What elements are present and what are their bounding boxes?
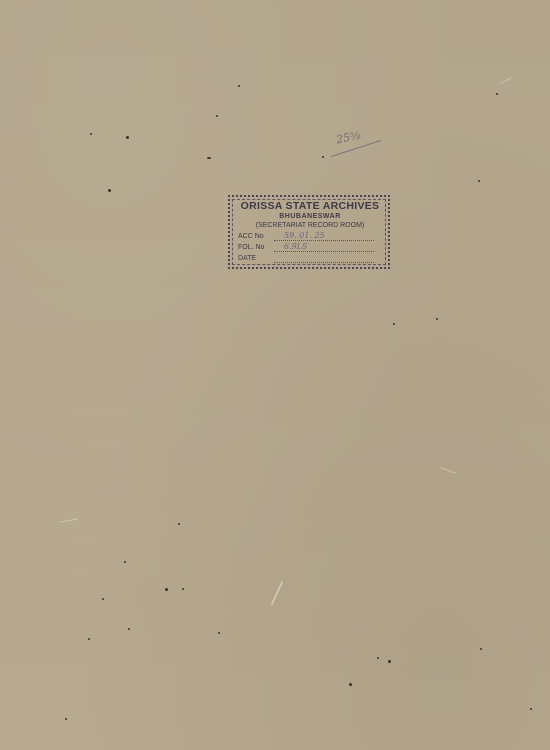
field-value — [274, 253, 374, 263]
stamp-field-fol: FOL. No 6.9LS — [238, 242, 382, 253]
speck — [322, 156, 324, 158]
speck — [238, 85, 240, 87]
speck — [478, 180, 480, 182]
speck — [178, 523, 180, 525]
archive-stamp: ORISSA STATE ARCHIVES BHUBANESWAR (SECRE… — [228, 195, 390, 269]
speck — [207, 157, 211, 159]
speck — [182, 588, 184, 590]
speck — [393, 323, 395, 325]
field-value: 6.9LS — [274, 242, 374, 252]
speck — [530, 708, 532, 710]
stamp-title: ORISSA STATE ARCHIVES — [238, 201, 382, 212]
speck — [165, 588, 168, 591]
field-value: 59. 01. 25 — [274, 231, 374, 241]
speck — [349, 683, 352, 686]
speck — [124, 561, 126, 563]
speck — [88, 638, 90, 640]
speck — [128, 628, 130, 630]
paper-fiber — [440, 467, 455, 473]
speck — [126, 136, 129, 139]
stamp-field-acc: ACC No 59. 01. 25 — [238, 231, 382, 242]
paper-cover — [0, 0, 550, 750]
field-label: FOL. No — [238, 242, 274, 253]
paper-fiber — [271, 581, 284, 605]
field-label: ACC No — [238, 231, 274, 242]
paper-fiber — [60, 518, 78, 522]
speck — [377, 657, 379, 659]
speck — [218, 632, 220, 634]
speck — [388, 660, 391, 663]
speck — [90, 133, 92, 135]
stamp-city: BHUBANESWAR — [238, 212, 382, 221]
paper-fiber — [501, 77, 512, 84]
speck — [496, 93, 498, 95]
stamp-field-date: DATE — [238, 253, 382, 264]
speck — [108, 189, 111, 192]
speck — [216, 115, 218, 117]
stamp-subtitle: (SECRETARIAT RECORD ROOM) — [238, 221, 382, 231]
speck — [480, 648, 482, 650]
field-label: DATE — [238, 253, 274, 264]
speck — [65, 718, 67, 720]
speck — [102, 598, 104, 600]
speck — [436, 318, 438, 320]
